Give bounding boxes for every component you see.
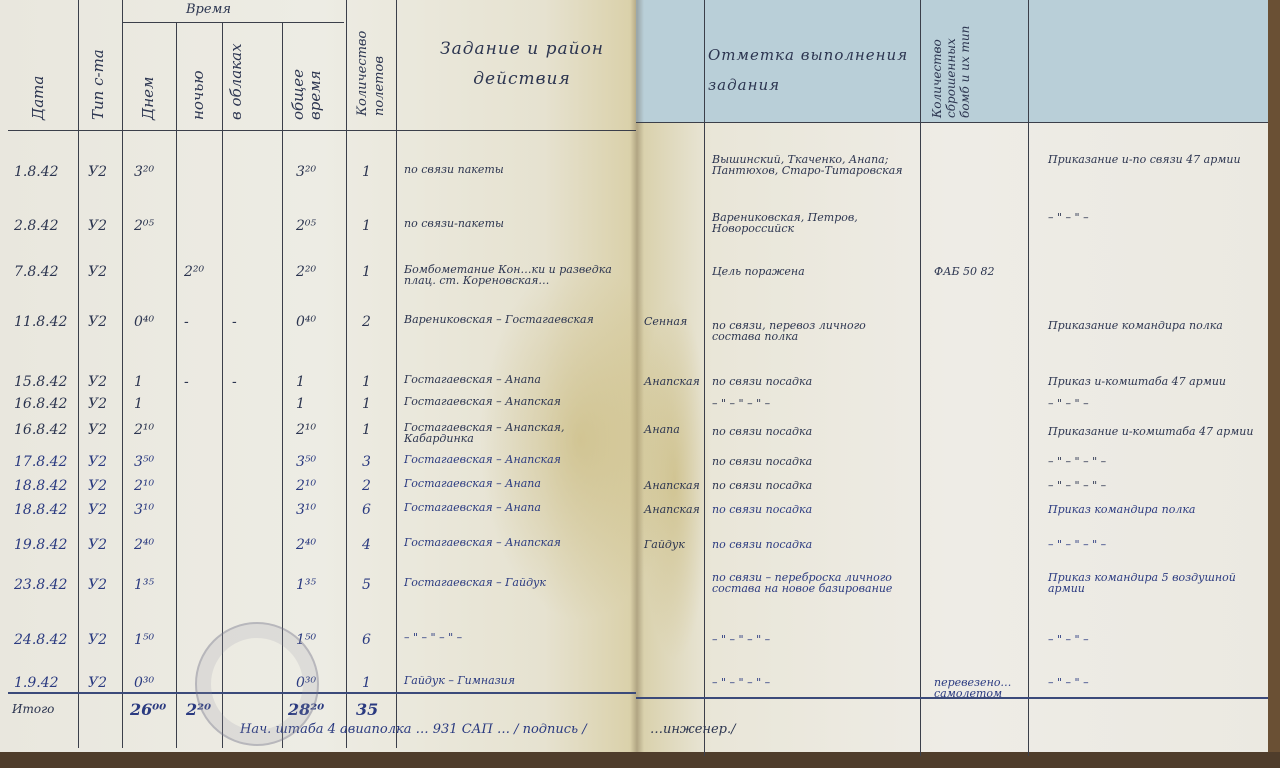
row-aircraft-type: У2 [88, 422, 107, 438]
row-bombs: ФАБ 50 82 [934, 266, 1026, 277]
row-task-result: – " – " – " – [712, 634, 912, 645]
column-rule [1028, 0, 1029, 756]
row-total-time: 2⁰⁵ [296, 218, 316, 234]
row-aircraft-type: У2 [88, 396, 107, 412]
row-total-time: 2¹⁰ [296, 422, 316, 438]
row-task: Гостагаевская – Анапская [404, 537, 632, 548]
row-clouds-time: - [232, 374, 237, 390]
row-aircraft-type: У2 [88, 264, 107, 280]
row-task-result: по связи, перевоз личного состава полка [712, 320, 912, 342]
totals-sorties: 35 [356, 700, 378, 719]
row-bombs: перевезено… самолетом [934, 677, 1026, 699]
row-sorties: 1 [362, 164, 371, 180]
row-total-time: 3¹⁰ [296, 502, 316, 518]
row-sorties: 1 [362, 675, 371, 691]
row-task-result: по связи посадка [712, 376, 912, 387]
row-day-time: 3²⁰ [134, 164, 154, 180]
row-sorties: 5 [362, 577, 371, 593]
time-group-divider [122, 22, 344, 23]
row-total-time: 1³⁵ [296, 577, 316, 593]
row-task-result: по связи посадка [712, 504, 912, 515]
header-time-group: Время [186, 2, 231, 17]
header-date: Дата [30, 40, 47, 120]
row-aircraft-type: У2 [88, 454, 107, 470]
header-divider [8, 130, 636, 131]
row-day-time: 0⁴⁰ [134, 314, 154, 330]
row-task: по связи-пакеты [404, 218, 632, 229]
row-sorties: 1 [362, 422, 371, 438]
row-day-time: 0³⁰ [134, 675, 154, 691]
row-total-time: 1 [296, 374, 305, 390]
row-task-result: Цель поражена [712, 266, 912, 277]
header-total-time: общее время [290, 30, 330, 120]
row-order-basis: – " – " – " – [1048, 456, 1258, 467]
row-date: 18.8.42 [14, 502, 67, 518]
header-bombs-dropped: Количество сброшенных бомб и их тип [930, 8, 1020, 118]
row-date: 15.8.42 [14, 374, 67, 390]
official-stamp [195, 622, 319, 746]
row-date: 23.8.42 [14, 577, 67, 593]
row-aircraft-type: У2 [88, 164, 107, 180]
row-task: Гайдук – Гимназия [404, 675, 632, 686]
row-task: по связи пакеты [404, 164, 632, 175]
continuation-text: Анапская [644, 504, 702, 515]
row-sorties: 1 [362, 218, 371, 234]
row-task: Гостагаевская – Анапская [404, 396, 632, 407]
header-in-clouds: в облаках [228, 30, 268, 120]
row-order-basis: Приказание и-комштаба 47 армии [1048, 426, 1258, 437]
header-night: ночью [190, 40, 207, 120]
row-aircraft-type: У2 [88, 478, 107, 494]
row-sorties: 2 [362, 314, 371, 330]
row-date: 1.9.42 [14, 675, 59, 691]
row-night-time: - [184, 374, 189, 390]
row-task: – " – " – " – [404, 632, 632, 643]
continuation-text: Анапская [644, 376, 702, 387]
header-task-result: Отметка выполнения задания [708, 40, 918, 100]
row-total-time: 1 [296, 396, 305, 412]
row-task: Бомбометание Кон…ки и разведка плац. ст.… [404, 264, 632, 286]
row-task: Гостагаевская – Анапская [404, 454, 632, 465]
table-surface-bottom [0, 752, 1280, 768]
row-aircraft-type: У2 [88, 675, 107, 691]
row-task-result: по связи посадка [712, 480, 912, 491]
row-date: 7.8.42 [14, 264, 59, 280]
row-date: 17.8.42 [14, 454, 67, 470]
row-aircraft-type: У2 [88, 314, 107, 330]
row-night-time: - [184, 314, 189, 330]
column-rule [122, 0, 123, 748]
row-sorties: 6 [362, 632, 371, 648]
totals-divider [8, 692, 636, 694]
right-footer-note: …инженер./ [650, 722, 736, 737]
totals-label: Итого [12, 702, 54, 716]
continuation-text: Анапа [644, 424, 702, 435]
row-aircraft-type: У2 [88, 374, 107, 390]
row-sorties: 3 [362, 454, 371, 470]
row-order-basis: – " – " – [1048, 677, 1258, 688]
continuation-text: Гайдук [644, 539, 702, 550]
row-task-result: по связи посадка [712, 456, 912, 467]
column-rule [176, 22, 177, 748]
row-aircraft-type: У2 [88, 218, 107, 234]
header-aircraft-type: Тип с-та [90, 20, 107, 120]
column-rule [920, 0, 921, 756]
row-task: Гостагаевская – Анапа [404, 478, 632, 489]
row-order-basis: Приказ командира 5 воздушной армии [1048, 572, 1258, 594]
row-day-time: 3⁵⁰ [134, 454, 154, 470]
row-total-time: 2⁴⁰ [296, 537, 316, 553]
column-rule [396, 0, 397, 748]
row-task-result: – " – " – " – [712, 677, 912, 688]
row-date: 24.8.42 [14, 632, 67, 648]
row-order-basis: – " – " – " – [1048, 539, 1258, 550]
row-task-result: – " – " – " – [712, 398, 912, 409]
row-total-time: 0⁴⁰ [296, 314, 316, 330]
row-order-basis: Приказание командира полка [1048, 320, 1258, 331]
row-day-time: 1 [134, 396, 143, 412]
row-order-basis: – " – " – [1048, 212, 1258, 223]
row-total-time: 3⁵⁰ [296, 454, 316, 470]
row-aircraft-type: У2 [88, 632, 107, 648]
header-divider [636, 122, 1268, 123]
row-day-time: 2⁰⁵ [134, 218, 154, 234]
header-task-area: Задание и район действия [412, 34, 632, 94]
row-clouds-time: - [232, 314, 237, 330]
row-order-basis: Приказ командира полка [1048, 504, 1258, 515]
row-day-time: 2¹⁰ [134, 478, 154, 494]
row-aircraft-type: У2 [88, 577, 107, 593]
row-order-basis: – " – " – " – [1048, 480, 1258, 491]
row-aircraft-type: У2 [88, 502, 107, 518]
column-rule [704, 0, 705, 756]
row-date: 16.8.42 [14, 396, 67, 412]
row-date: 1.8.42 [14, 164, 59, 180]
row-sorties: 2 [362, 478, 371, 494]
row-task-result: Варениковская, Петров, Новороссийск [712, 212, 912, 234]
row-order-basis: – " – " – [1048, 398, 1258, 409]
row-task-result: по связи посадка [712, 539, 912, 550]
row-aircraft-type: У2 [88, 537, 107, 553]
column-rule [346, 0, 347, 748]
row-task: Гостагаевская – Анапская, Кабардинка [404, 422, 632, 444]
row-sorties: 4 [362, 537, 371, 553]
row-day-time: 3¹⁰ [134, 502, 154, 518]
row-day-time: 2¹⁰ [134, 422, 154, 438]
row-night-time: 2²⁰ [184, 264, 204, 280]
continuation-text: Анапская [644, 480, 702, 491]
row-order-basis: – " – " – [1048, 634, 1258, 645]
row-date: 16.8.42 [14, 422, 67, 438]
row-sorties: 1 [362, 264, 371, 280]
row-order-basis: Приказ и-комштаба 47 армии [1048, 376, 1258, 387]
row-date: 11.8.42 [14, 314, 67, 330]
row-task: Гостагаевская – Анапа [404, 374, 632, 385]
row-total-time: 2¹⁰ [296, 478, 316, 494]
row-total-time: 2²⁰ [296, 264, 316, 280]
row-sorties: 1 [362, 396, 371, 412]
row-task: Гостагаевская – Анапа [404, 502, 632, 513]
row-task: Гостагаевская – Гайдук [404, 577, 632, 588]
row-task-result: Вышинский, Ткаченко, Анапа; Пантюхов, Ст… [712, 154, 912, 176]
row-date: 2.8.42 [14, 218, 59, 234]
row-sorties: 1 [362, 374, 371, 390]
row-day-time: 1⁵⁰ [134, 632, 154, 648]
row-date: 18.8.42 [14, 478, 67, 494]
row-day-time: 2⁴⁰ [134, 537, 154, 553]
header-sorties-count: Количество полетов [354, 6, 390, 116]
row-task-result: по связи – переброска личного состава на… [712, 572, 912, 594]
row-day-time: 1 [134, 374, 143, 390]
row-order-basis: Приказание и-по связи 47 армии [1048, 154, 1258, 165]
row-sorties: 6 [362, 502, 371, 518]
column-rule [78, 0, 79, 748]
row-task-result: по связи посадка [712, 426, 912, 437]
continuation-text: Сенная [644, 316, 702, 327]
row-total-time: 3²⁰ [296, 164, 316, 180]
totals-day: 26⁰⁰ [130, 700, 166, 719]
header-day: Днем [140, 50, 157, 120]
row-task: Варениковская – Гостагаевская [404, 314, 632, 325]
table-surface-right [1268, 0, 1280, 768]
row-date: 19.8.42 [14, 537, 67, 553]
row-day-time: 1³⁵ [134, 577, 154, 593]
